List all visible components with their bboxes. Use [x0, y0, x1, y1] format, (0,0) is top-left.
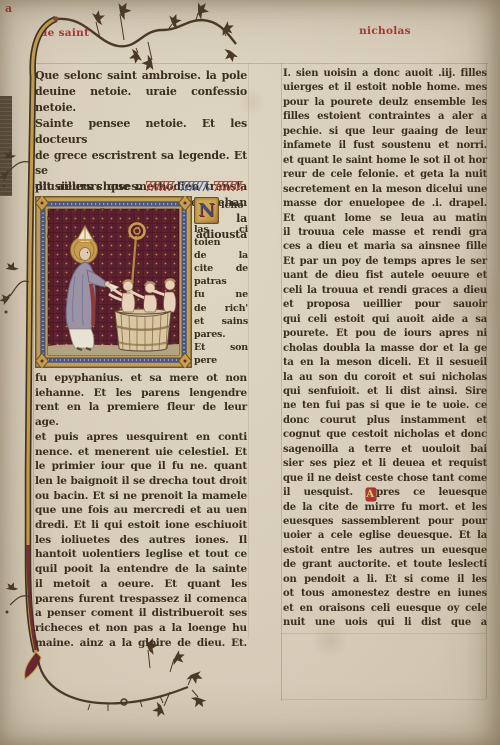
initial-line-prefix: il uesquist.	[283, 487, 366, 498]
bishop-face	[80, 248, 91, 261]
initial-first-line: icho	[221, 200, 244, 211]
left-column-bottom-text: fu epyphanius. et sa mere ot non iehanne…	[35, 371, 247, 650]
narrow-column-text: las ci toien de la cite de patras fu ne …	[194, 223, 248, 367]
initial-line-rest: pres ce leuesque	[376, 487, 487, 498]
right-column-initial-line: il uesquist. Apres ce leuesque	[283, 486, 487, 501]
right-column-text-1: I. sien uoisin a donc auoit .iij. filles…	[283, 67, 487, 486]
line-filler-red	[214, 181, 243, 191]
line-filler-blue	[180, 181, 209, 191]
champ-initial-A: A	[366, 488, 376, 501]
line-filler-red	[146, 181, 175, 191]
top-vine	[53, 0, 238, 74]
left-column-top-lastline: plusieurs choses.	[35, 179, 247, 195]
illuminated-initial-N: N	[194, 197, 219, 224]
right-column-text-2: de la cite de mirre fu mort. et les eues…	[283, 501, 487, 631]
manuscript-page: a de saint nicholas	[0, 0, 500, 745]
miniature-illustration	[35, 196, 192, 368]
last-line-text: plusieurs choses.	[35, 180, 141, 193]
